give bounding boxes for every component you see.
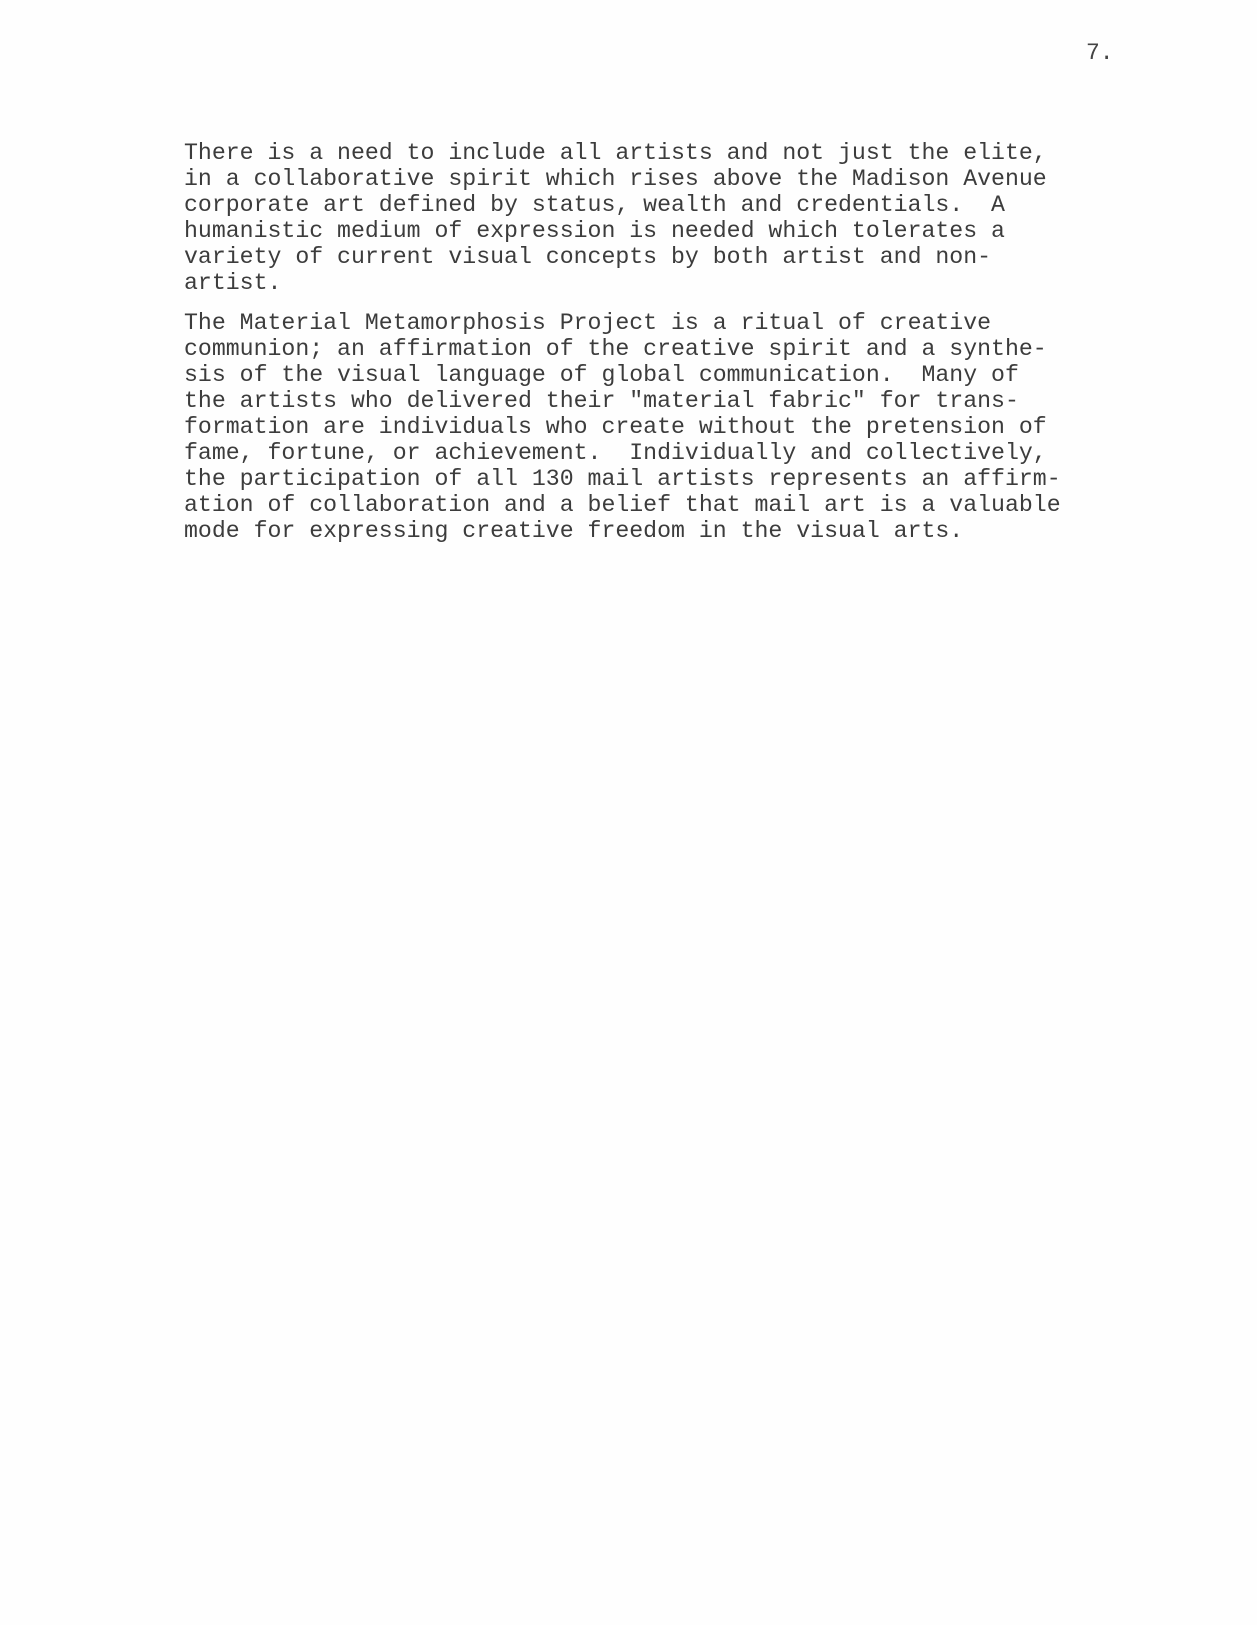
text-line: the participation of all 130 mail artist… [184,466,1134,492]
text-line: communion; an affirmation of the creativ… [184,336,1134,362]
document-body: There is a need to include all artists a… [184,140,1134,558]
text-line: corporate art defined by status, wealth … [184,192,1134,218]
document-page: 7. There is a need to include all artist… [0,0,1257,1625]
text-line: The Material Metamorphosis Project is a … [184,310,1134,336]
text-line: formation are individuals who create wit… [184,414,1134,440]
paragraph-inclusion: There is a need to include all artists a… [184,140,1134,296]
text-line: fame, fortune, or achievement. Individua… [184,440,1134,466]
text-line: the artists who delivered their "materia… [184,388,1134,414]
text-line: There is a need to include all artists a… [184,140,1134,166]
text-line: artist. [184,270,1134,296]
text-line: in a collaborative spirit which rises ab… [184,166,1134,192]
text-line: mode for expressing creative freedom in … [184,518,1134,544]
text-line: ation of collaboration and a belief that… [184,492,1134,518]
text-line: sis of the visual language of global com… [184,362,1134,388]
text-line: humanistic medium of expression is neede… [184,218,1134,244]
text-line: variety of current visual concepts by bo… [184,244,1134,270]
paragraph-metamorphosis-project: The Material Metamorphosis Project is a … [184,310,1134,544]
page-number: 7. [1086,40,1114,66]
